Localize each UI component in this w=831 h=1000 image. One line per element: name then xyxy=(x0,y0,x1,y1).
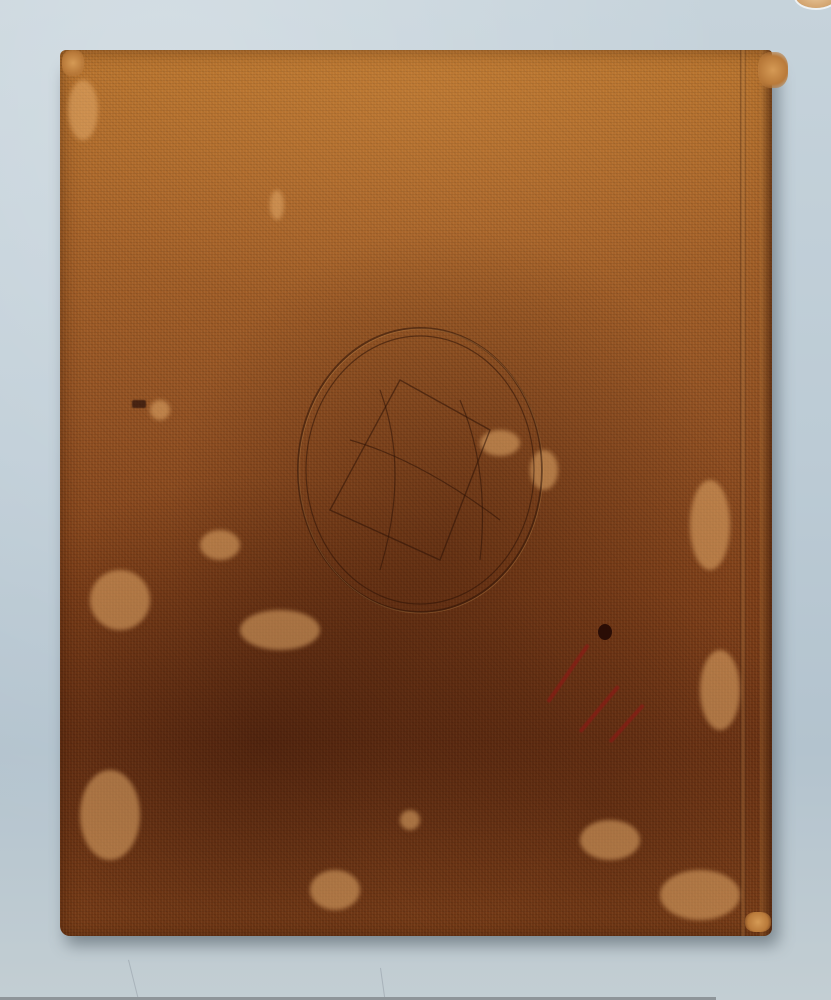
wear-patch xyxy=(90,570,150,630)
red-stain-streak xyxy=(546,644,589,704)
wear-patch xyxy=(690,480,730,570)
book-back-cover xyxy=(60,50,772,936)
wear-patch xyxy=(68,80,98,140)
embossed-globe-emblem xyxy=(290,320,550,620)
wear-patch xyxy=(80,770,140,860)
wear-patch xyxy=(700,650,740,730)
wear-patch xyxy=(310,870,360,910)
red-stain-streak xyxy=(578,685,620,734)
dark-stain-spot xyxy=(598,624,612,640)
wear-patch xyxy=(400,810,420,830)
wear-patch xyxy=(150,400,170,420)
red-stain-streak xyxy=(609,704,645,744)
wear-patch xyxy=(270,190,284,220)
spine-edge xyxy=(760,50,772,936)
dark-mark xyxy=(132,400,146,408)
wear-patch xyxy=(580,820,640,860)
spine-hinge-line xyxy=(740,50,746,936)
wear-patch xyxy=(200,530,240,560)
frayed-corner-top-left xyxy=(62,50,84,76)
frayed-corner-bottom-right xyxy=(745,912,771,932)
frayed-corner-top-right xyxy=(758,52,788,88)
wear-patch xyxy=(660,870,740,920)
